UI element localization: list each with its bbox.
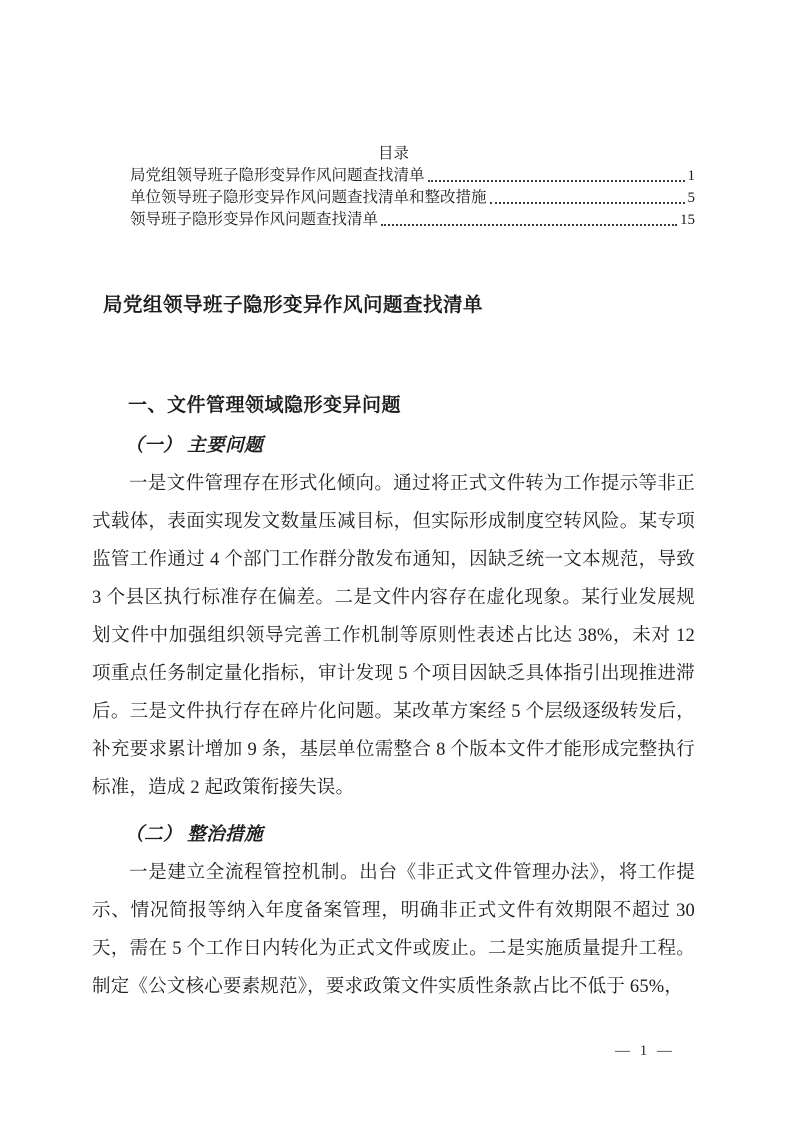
toc-entry-label: 单位领导班子隐形变异作风问题查找清单和整改措施 (130, 187, 487, 209)
toc-entry: 领导班子隐形变异作风问题查找清单 15 (130, 209, 695, 231)
toc-list: 局党组领导班子隐形变异作风问题查找清单 1 单位领导班子隐形变异作风问题查找清单… (92, 165, 695, 231)
paragraph-problems: 一是文件管理存在形式化倾向。通过将正式文件转为工作提示等非正式载体，表面实现发文… (92, 465, 695, 807)
toc-entry-page-number: 5 (688, 187, 696, 209)
toc-entry-page-number: 15 (680, 209, 695, 231)
section-heading: 一、文件管理领域隐形变异问题 (92, 394, 695, 418)
subsection-heading-problems: （一） 主要问题 (92, 427, 695, 465)
subsection-heading-measures: （二） 整治措施 (92, 816, 695, 854)
page-number: — 1 — (615, 1043, 675, 1060)
toc-entry: 单位领导班子隐形变异作风问题查找清单和整改措施 5 (130, 187, 695, 209)
paragraph-measures: 一是建立全流程管控机制。出台《非正式文件管理办法》，将工作提示、情况简报等纳入年… (92, 854, 695, 1006)
toc-dot-leader (428, 180, 685, 182)
document-title: 局党组领导班子隐形变异作风问题查找清单 (103, 292, 695, 318)
toc-entry-label: 局党组领导班子隐形变异作风问题查找清单 (130, 165, 425, 187)
toc-entry-page-number: 1 (688, 165, 696, 187)
toc-dot-leader (490, 202, 685, 204)
toc-entry: 局党组领导班子隐形变异作风问题查找清单 1 (130, 165, 695, 187)
toc-title: 目录 (92, 145, 695, 163)
document-page: 目录 局党组领导班子隐形变异作风问题查找清单 1 单位领导班子隐形变异作风问题查… (0, 0, 793, 1122)
toc-dot-leader (381, 224, 677, 226)
table-of-contents: 目录 局党组领导班子隐形变异作风问题查找清单 1 单位领导班子隐形变异作风问题查… (92, 145, 695, 231)
toc-entry-label: 领导班子隐形变异作风问题查找清单 (130, 209, 378, 231)
